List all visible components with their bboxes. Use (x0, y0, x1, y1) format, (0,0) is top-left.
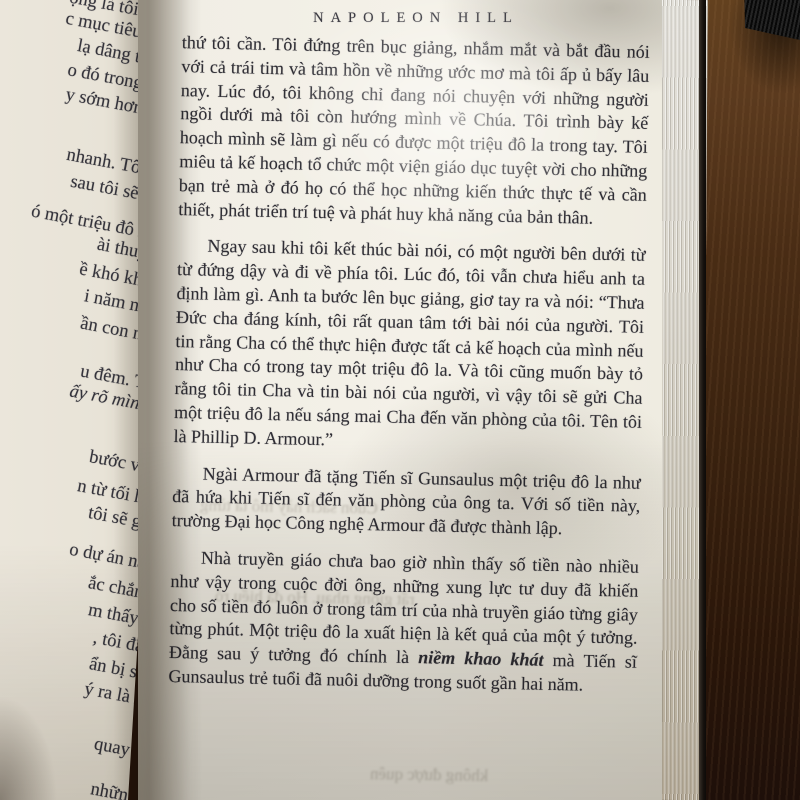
paragraph-3: Ngài Armour đã tặng Tiến sĩ Gunsaulus mộ… (172, 462, 641, 543)
paragraph-4: Nhà truyền giáo chưa bao giờ nhìn thấy s… (168, 546, 639, 699)
ghost-text-line: không được quên (370, 764, 489, 786)
book-photo-scene: a biết là mình sẽọng là tôi đã quyết địc… (0, 0, 800, 800)
book-cover-edge (699, 0, 706, 800)
running-header: NAPOLEON HILL (182, 10, 650, 27)
right-page: NAPOLEON HILL thứ tôi cần. Tôi đứng trên… (138, 0, 662, 800)
paragraph-1: thứ tôi cần. Tôi đứng trên bục giảng, nh… (178, 31, 650, 231)
paragraph-2: Ngay sau khi tôi kết thúc bài nói, có mộ… (173, 234, 645, 458)
paragraph-4-emphasis: niềm khao khát (418, 647, 544, 670)
paragraph-4-text: Nhà truyền giáo chưa bao giờ nhìn thấy s… (169, 548, 639, 668)
left-page-text-fragment: nhữn (89, 779, 130, 800)
page-body-text: thứ tôi cần. Tôi đứng trên bục giảng, nh… (168, 31, 650, 711)
